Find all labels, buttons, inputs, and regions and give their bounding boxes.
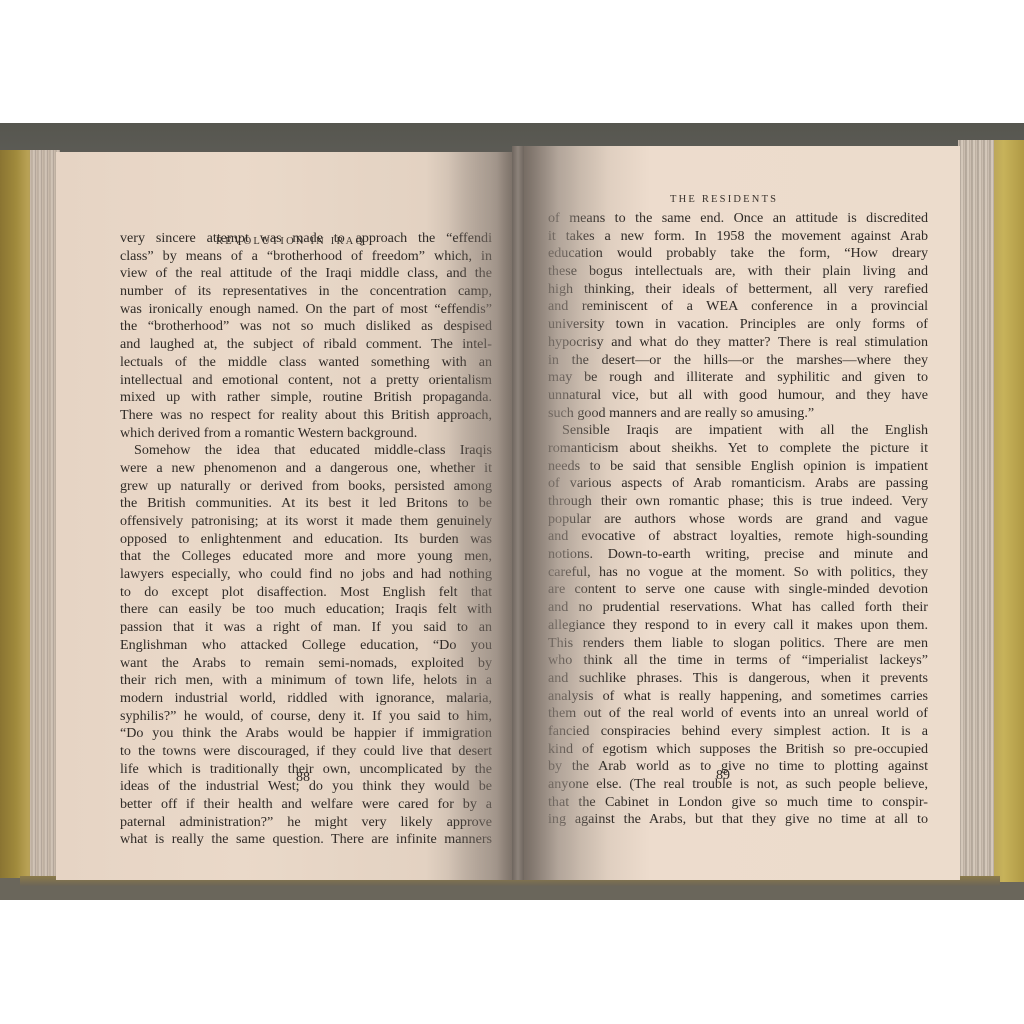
- text-line: Sensible Iraqis are impatient with all t…: [548, 422, 928, 440]
- text-line: may be rough and illiterate and syphilit…: [548, 369, 928, 387]
- text-line: was ironically enough named. On the part…: [120, 301, 492, 319]
- text-line: that the Colleges educated more and more…: [120, 548, 492, 566]
- text-line: were a new phenomenon and a dangerous on…: [120, 460, 492, 478]
- text-line: the British communities. At its best it …: [120, 495, 492, 513]
- text-line: and reminiscent of a WEA conference in a…: [548, 298, 928, 316]
- book-gutter: [512, 146, 524, 880]
- text-line: are content to serve one cause with sing…: [548, 581, 928, 599]
- book-cover-right-edge: [990, 140, 1024, 882]
- text-line: high thinking, their ideals of bettermen…: [548, 281, 928, 299]
- text-line: to the towns were discouraged, if they c…: [120, 743, 492, 761]
- text-line: notions. Down-to-earth writing, precise …: [548, 546, 928, 564]
- text-line: analysis of what is really happening, an…: [548, 688, 928, 706]
- text-line: and no prudential reservations. What has…: [548, 599, 928, 617]
- text-line: there can easily be too much education; …: [120, 601, 492, 619]
- left-page: REVOLUTION IN IRAQ very sincere attempt …: [56, 152, 518, 880]
- right-page-body: of means to the same end. Once an attitu…: [548, 210, 928, 829]
- text-line: modern industrial world, riddled with ig…: [120, 690, 492, 708]
- text-line: Somehow the idea that educated middle-cl…: [120, 442, 492, 460]
- text-line: such good manners and are really so amus…: [548, 405, 928, 423]
- text-line: unnatural vice, but all with good humour…: [548, 387, 928, 405]
- text-line: it takes a new form. In 1958 the movemen…: [548, 228, 928, 246]
- text-line: class” by means of a “brotherhood of fre…: [120, 248, 492, 266]
- text-line: lectuals of the middle class wanted some…: [120, 354, 492, 372]
- text-line: them out of the real world of events int…: [548, 705, 928, 723]
- text-line: of means to the same end. Once an attitu…: [548, 210, 928, 228]
- text-line: education would probably take the form, …: [548, 245, 928, 263]
- text-line: these bogus intellectuals are, with thei…: [548, 263, 928, 281]
- text-line: There was no respect for reality about t…: [120, 407, 492, 425]
- text-line: to do except plot disaffection. Most Eng…: [120, 584, 492, 602]
- text-line: needs to be said that sensible English o…: [548, 458, 928, 476]
- right-page: THE RESIDENTS of means to the same end. …: [518, 146, 960, 880]
- text-line: which derived from a romantic Western ba…: [120, 425, 492, 443]
- page-edges-right: [958, 140, 994, 878]
- text-line: that the Cabinet in London give so much …: [548, 794, 928, 812]
- text-line: Englishman who attacked College educatio…: [120, 637, 492, 655]
- text-line: intellectual and emotional content, not …: [120, 372, 492, 390]
- text-line: paternal administration?” he might very …: [120, 814, 492, 832]
- text-line: grew up naturally or derived from books,…: [120, 478, 492, 496]
- text-line: offensively patronising; at its worst it…: [120, 513, 492, 531]
- text-line: and laughed at, the subject of ribald co…: [120, 336, 492, 354]
- text-line: “Do you think the Arabs would be happier…: [120, 725, 492, 743]
- text-line: number of its representatives in the con…: [120, 283, 492, 301]
- text-line: the “brotherhood” was not so much dislik…: [120, 318, 492, 336]
- text-line: kind of egotism which supposes the Briti…: [548, 741, 928, 759]
- text-line: want the Arabs to remain semi-nomads, ex…: [120, 655, 492, 673]
- page-number-left: 88: [296, 770, 310, 786]
- text-line: popular are authors whose words are gran…: [548, 511, 928, 529]
- text-line: and evocative of abstract loyalties, rem…: [548, 528, 928, 546]
- text-line: mixed up with rather simple, routine Bri…: [120, 389, 492, 407]
- page-number-right: 89: [716, 768, 730, 784]
- text-line: by the Arab world as to give no time to …: [548, 758, 928, 776]
- text-line: opposed to enlightenment and education. …: [120, 531, 492, 549]
- text-line: in the desert—or the hills—or the marshe…: [548, 352, 928, 370]
- text-line: anyone else. (The real trouble is not, a…: [548, 776, 928, 794]
- text-line: ing against the Arabs, but that they giv…: [548, 811, 928, 829]
- text-line: their rich men, with a minimum of town l…: [120, 672, 492, 690]
- text-line: hypocrisy and what do they matter? There…: [548, 334, 928, 352]
- text-line: and suchlike phrases. This is dangerous,…: [548, 670, 928, 688]
- text-line: passion that it was a right of man. If y…: [120, 619, 492, 637]
- text-line: This renders them liable to slogan polit…: [548, 635, 928, 653]
- text-line: lawyers especially, who could find no jo…: [120, 566, 492, 584]
- text-line: university town in vacation. Principles …: [548, 316, 928, 334]
- text-line: syphilis?” he would, of course, deny it.…: [120, 708, 492, 726]
- text-line: view of the real attitude of the Iraqi m…: [120, 265, 492, 283]
- left-page-body: very sincere attempt was made to approac…: [120, 230, 492, 849]
- text-line: fancied conspiracies behind every simple…: [548, 723, 928, 741]
- text-line: better off if their health and welfare w…: [120, 796, 492, 814]
- text-line: of various aspects of Arab romanticism. …: [548, 475, 928, 493]
- text-line: through their own romantic phase; this i…: [548, 493, 928, 511]
- text-line: allegiance they respond to in every call…: [548, 617, 928, 635]
- text-line: who think all the time in terms of “impe…: [548, 652, 928, 670]
- text-line: careful, has no vogue at the moment. So …: [548, 564, 928, 582]
- text-line: romanticism about sheikhs. Yet to comple…: [548, 440, 928, 458]
- running-head-right: THE RESIDENTS: [670, 194, 778, 205]
- text-line: very sincere attempt was made to approac…: [120, 230, 492, 248]
- text-line: what is really the same question. There …: [120, 831, 492, 849]
